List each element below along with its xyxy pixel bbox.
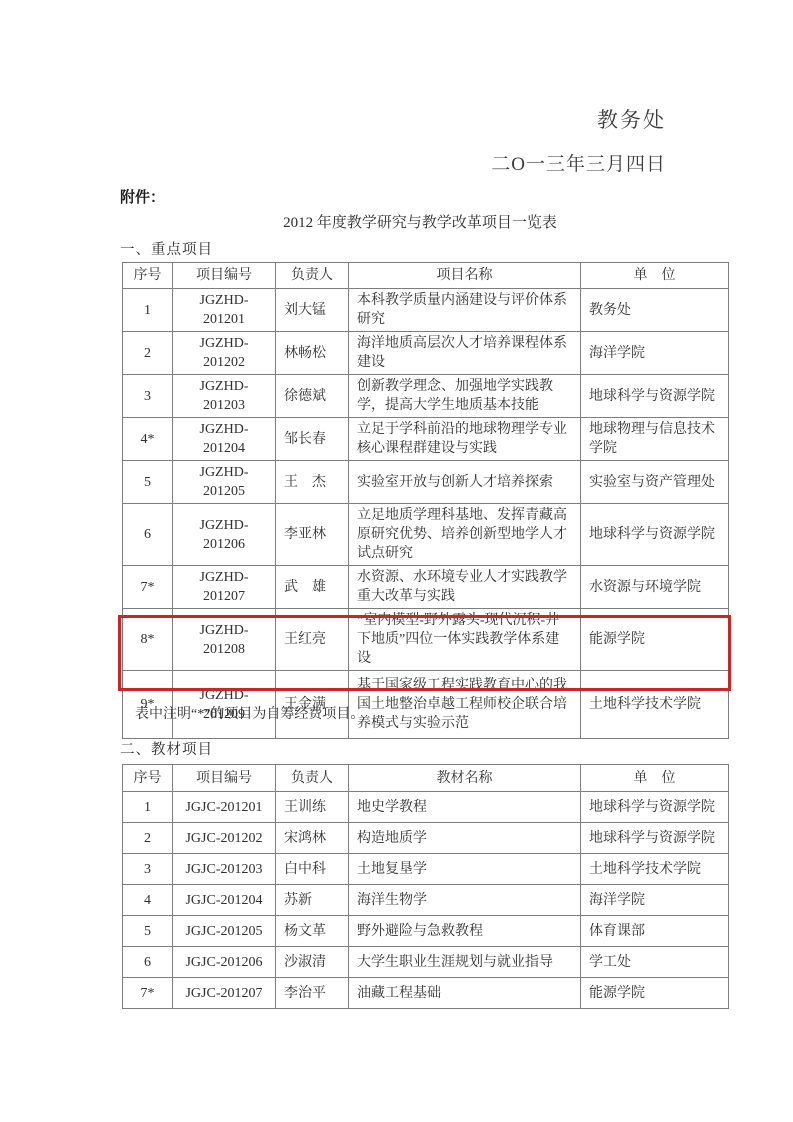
attachment-label: 附件： — [120, 186, 165, 207]
cell-leader: 刘大锰 — [276, 289, 349, 332]
cell-project-name: “室内模型-野外露头-现代沉积-井下地质”四位一体实践教学体系建设 — [349, 609, 581, 671]
cell-seq: 5 — [123, 461, 173, 504]
cell-unit: 海洋学院 — [581, 332, 729, 375]
table-row: 1 JGZHD-201201 刘大锰 本科教学质量内涵建设与评价体系研究 教务处 — [123, 289, 729, 332]
cell-leader: 徐德斌 — [276, 375, 349, 418]
table-row: 2 JGJC-201202 宋鸿林 构造地质学 地球科学与资源学院 — [123, 823, 729, 854]
cell-unit: 教务处 — [581, 289, 729, 332]
cell-unit: 地球科学与资源学院 — [581, 375, 729, 418]
cell-project-name: 基于国家级工程实践教育中心的我国土地整治卓越工程师校企联合培养模式与实验示范 — [349, 671, 581, 739]
table-header-row: 序号 项目编号 负责人 教材名称 单 位 — [123, 765, 729, 792]
cell-seq: 2 — [123, 332, 173, 375]
cell-leader: 苏新 — [276, 885, 349, 916]
table-row: 1 JGJC-201201 王训练 地史学教程 地球科学与资源学院 — [123, 792, 729, 823]
table-row: 4* JGZHD-201204 邹长春 立足于学科前沿的地球物理学专业核心课程群… — [123, 418, 729, 461]
document-date: 二O一三年三月四日 — [491, 149, 666, 176]
footnote: 表中注明“*”的项目为自筹经费项目。 — [135, 703, 364, 723]
header-project-name: 项目名称 — [349, 263, 581, 289]
table-row: 5 JGJC-201205 杨文革 野外避险与急救教程 体育课部 — [123, 916, 729, 947]
table-row: 3 JGJC-201203 白中科 土地复垦学 土地科学技术学院 — [123, 854, 729, 885]
cell-unit: 地球科学与资源学院 — [581, 792, 729, 823]
cell-unit: 学工处 — [581, 947, 729, 978]
table-row: 7* JGZHD-201207 武 雄 水资源、水环境专业人才实践教学重大改革与… — [123, 566, 729, 609]
cell-seq: 6 — [123, 947, 173, 978]
table-header-row: 序号 项目编号 负责人 项目名称 单 位 — [123, 263, 729, 289]
cell-seq: 7* — [123, 566, 173, 609]
signer-department: 教务处 — [597, 104, 666, 134]
cell-leader: 王训练 — [276, 792, 349, 823]
cell-seq: 6 — [123, 504, 173, 566]
cell-project-name: 实验室开放与创新人才培养探索 — [349, 461, 581, 504]
cell-project-name: 立足于学科前沿的地球物理学专业核心课程群建设与实践 — [349, 418, 581, 461]
header-code: 项目编号 — [173, 263, 276, 289]
table-row: 6 JGJC-201206 沙淑清 大学生职业生涯规划与就业指导 学工处 — [123, 947, 729, 978]
cell-leader: 武 雄 — [276, 566, 349, 609]
cell-seq: 8* — [123, 609, 173, 671]
table-row: 2 JGZHD-201202 林畅松 海洋地质高层次人才培养课程体系建设 海洋学… — [123, 332, 729, 375]
cell-textbook-name: 油藏工程基础 — [349, 978, 581, 1009]
header-textbook-name: 教材名称 — [349, 765, 581, 792]
header-seq: 序号 — [123, 765, 173, 792]
header-leader: 负责人 — [276, 765, 349, 792]
cell-unit: 地球物理与信息技术学院 — [581, 418, 729, 461]
cell-project-name: 立足地质学理科基地、发挥青藏高原研究优势、培养创新型地学人才试点研究 — [349, 504, 581, 566]
cell-seq: 3 — [123, 375, 173, 418]
cell-project-name: 水资源、水环境专业人才实践教学重大改革与实践 — [349, 566, 581, 609]
cell-unit: 实验室与资产管理处 — [581, 461, 729, 504]
header-code: 项目编号 — [173, 765, 276, 792]
document-page: 教务处 二O一三年三月四日 附件： 2012 年度教学研究与教学改革项目一览表 … — [0, 0, 793, 1122]
cell-code: JGZHD-201207 — [173, 566, 276, 609]
table-row: 3 JGZHD-201203 徐德斌 创新教学理念、加强地学实践教学，提高大学生… — [123, 375, 729, 418]
cell-code: JGJC-201202 — [173, 823, 276, 854]
cell-code: JGZHD-201202 — [173, 332, 276, 375]
section-heading-key-projects: 一、重点项目 — [120, 238, 213, 259]
table-row: 7* JGJC-201207 李治平 油藏工程基础 能源学院 — [123, 978, 729, 1009]
key-projects-table: 序号 项目编号 负责人 项目名称 单 位 1 JGZHD-201201 刘大锰 … — [122, 262, 729, 739]
cell-seq: 2 — [123, 823, 173, 854]
cell-code: JGZHD-201206 — [173, 504, 276, 566]
header-seq: 序号 — [123, 263, 173, 289]
cell-unit: 地球科学与资源学院 — [581, 504, 729, 566]
cell-seq: 7* — [123, 978, 173, 1009]
cell-leader: 白中科 — [276, 854, 349, 885]
cell-code: JGZHD-201205 — [173, 461, 276, 504]
cell-code: JGZHD-201204 — [173, 418, 276, 461]
table-row: 6 JGZHD-201206 李亚林 立足地质学理科基地、发挥青藏高原研究优势、… — [123, 504, 729, 566]
header-unit: 单 位 — [581, 765, 729, 792]
table-row: 4 JGJC-201204 苏新 海洋生物学 海洋学院 — [123, 885, 729, 916]
cell-code: JGZHD-201203 — [173, 375, 276, 418]
cell-unit: 地球科学与资源学院 — [581, 823, 729, 854]
table-row: 8* JGZHD-201208 王红亮 “室内模型-野外露头-现代沉积-井下地质… — [123, 609, 729, 671]
header-unit: 单 位 — [581, 263, 729, 289]
cell-code: JGJC-201203 — [173, 854, 276, 885]
cell-leader: 王红亮 — [276, 609, 349, 671]
cell-textbook-name: 野外避险与急救教程 — [349, 916, 581, 947]
cell-project-name: 创新教学理念、加强地学实践教学，提高大学生地质基本技能 — [349, 375, 581, 418]
cell-textbook-name: 大学生职业生涯规划与就业指导 — [349, 947, 581, 978]
cell-leader: 邹长春 — [276, 418, 349, 461]
cell-project-name: 本科教学质量内涵建设与评价体系研究 — [349, 289, 581, 332]
cell-code: JGJC-201204 — [173, 885, 276, 916]
cell-leader: 杨文革 — [276, 916, 349, 947]
table-row: 5 JGZHD-201205 王 杰 实验室开放与创新人才培养探索 实验室与资产… — [123, 461, 729, 504]
cell-leader: 林畅松 — [276, 332, 349, 375]
cell-code: JGJC-201205 — [173, 916, 276, 947]
cell-seq: 4* — [123, 418, 173, 461]
cell-code: JGJC-201206 — [173, 947, 276, 978]
cell-seq: 1 — [123, 289, 173, 332]
cell-seq: 3 — [123, 854, 173, 885]
cell-seq: 5 — [123, 916, 173, 947]
cell-leader: 王 杰 — [276, 461, 349, 504]
cell-unit: 土地科学技术学院 — [581, 671, 729, 739]
cell-code: JGJC-201207 — [173, 978, 276, 1009]
cell-code: JGZHD-201201 — [173, 289, 276, 332]
cell-unit: 海洋学院 — [581, 885, 729, 916]
cell-seq: 1 — [123, 792, 173, 823]
cell-textbook-name: 海洋生物学 — [349, 885, 581, 916]
cell-textbook-name: 地史学教程 — [349, 792, 581, 823]
cell-unit: 能源学院 — [581, 609, 729, 671]
cell-leader: 李亚林 — [276, 504, 349, 566]
textbook-projects-table: 序号 项目编号 负责人 教材名称 单 位 1 JGJC-201201 王训练 地… — [122, 764, 729, 1009]
section-heading-textbook-projects: 二、教材项目 — [120, 738, 213, 759]
cell-leader: 沙淑清 — [276, 947, 349, 978]
cell-project-name: 海洋地质高层次人才培养课程体系建设 — [349, 332, 581, 375]
cell-textbook-name: 构造地质学 — [349, 823, 581, 854]
cell-unit: 水资源与环境学院 — [581, 566, 729, 609]
cell-unit: 能源学院 — [581, 978, 729, 1009]
cell-unit: 体育课部 — [581, 916, 729, 947]
cell-code: JGZHD-201208 — [173, 609, 276, 671]
cell-leader: 李治平 — [276, 978, 349, 1009]
cell-unit: 土地科学技术学院 — [581, 854, 729, 885]
header-leader: 负责人 — [276, 263, 349, 289]
document-title: 2012 年度教学研究与教学改革项目一览表 — [120, 211, 720, 232]
cell-seq: 4 — [123, 885, 173, 916]
cell-code: JGJC-201201 — [173, 792, 276, 823]
cell-leader: 宋鸿林 — [276, 823, 349, 854]
cell-textbook-name: 土地复垦学 — [349, 854, 581, 885]
